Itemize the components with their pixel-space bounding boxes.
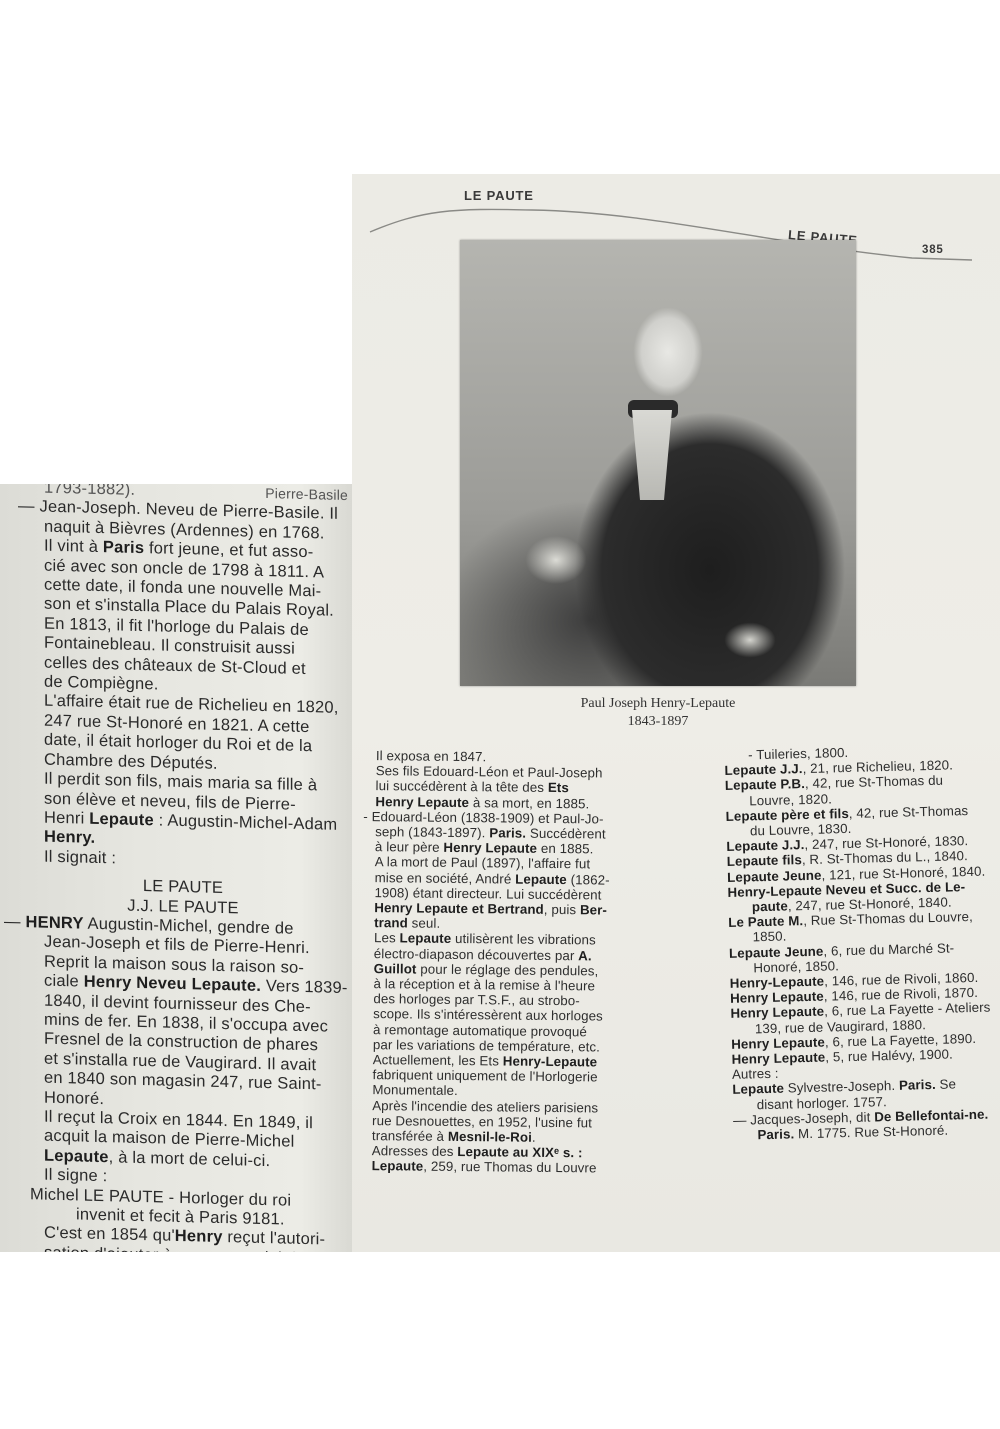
right-page: LE PAUTE LE PAUTE 385 Paul Joseph Henry-… <box>352 174 1000 1252</box>
other-entry: — Jacques-Joseph, dit De Bellefontai-ne.… <box>733 1106 994 1143</box>
entry-henry: — HENRY Augustin-Michel, gendre de Jean-… <box>18 913 348 1252</box>
portrait-caption-dates: 1843-1897 <box>460 714 856 730</box>
left-page: 1793-1882). Pierre-Basile — Jean-Joseph.… <box>0 484 354 1252</box>
address-line: Lepaute, 259, rue Thomas du Louvre <box>360 1158 660 1176</box>
portrait-caption-name: Paul Joseph Henry-Lepaute <box>460 696 856 712</box>
entry-jean-joseph: — Jean-Joseph. Neveu de Pierre-Basile. I… <box>18 497 348 921</box>
address-list-column: - Tuileries, 1800. Lepaute J.J., 21, rue… <box>724 742 994 1144</box>
running-head-left: LE PAUTE <box>464 188 534 203</box>
middle-text-column: Il exposa en 1847. Ses fils Edouard-Léon… <box>360 748 664 1177</box>
portrait-photo <box>460 240 856 686</box>
page-number: 385 <box>922 244 944 256</box>
left-page-text-column: 1793-1882). Pierre-Basile — Jean-Joseph.… <box>18 484 348 1252</box>
portrait-shirtfront <box>632 410 672 500</box>
